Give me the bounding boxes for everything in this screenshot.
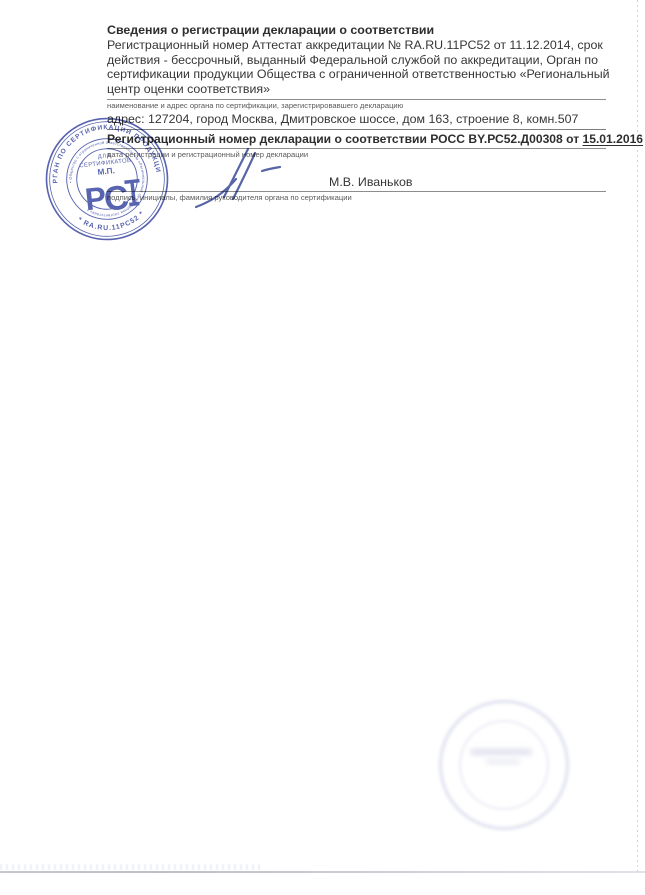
bleed-through-stamp (439, 700, 569, 830)
page-edge-right (637, 0, 638, 872)
signature-row: М.В. Иваньков (107, 161, 606, 192)
registration-number-label: Регистрационный номер декларации о соотв… (107, 132, 583, 146)
signature-field-caption: подпись, инициалы, фамилия руководителя … (107, 193, 606, 202)
certification-stamp-icon: ОРГАН ПО СЕРТИФИКАЦИИ ПРОДУКЦИИ * RA.RU.… (38, 110, 176, 248)
paragraph-line: действия - бессрочный, выданный Федераль… (107, 53, 606, 68)
paragraph-line: сертификации продукции Общества с ограни… (107, 67, 606, 82)
document-text-block: Сведения о регистрации декларации о соот… (107, 23, 606, 204)
paragraph-line: центр оценки соответствия» (107, 82, 606, 97)
org-field-caption: наименование и адрес органа по сертифика… (107, 101, 606, 110)
address-line: адрес: 127204, город Москва, Дмитровское… (107, 112, 606, 130)
stamp-for-label: ДЛЯ (98, 153, 112, 160)
handwritten-signature (190, 141, 310, 211)
stamp-smudge (470, 749, 532, 755)
stamp-smudge (486, 760, 520, 764)
signatory-name: М.В. Иваньков (329, 175, 413, 189)
registration-number-line: Регистрационный номер декларации о соотв… (107, 130, 606, 149)
rst-logo-icon: Р С (83, 176, 143, 221)
stamp-mp-label: М.П. (97, 166, 115, 177)
registration-date: 15.01.2016 (583, 132, 644, 146)
scanned-document-page: Сведения о регистрации декларации о соот… (0, 0, 645, 895)
document-title: Сведения о регистрации декларации о соот… (107, 23, 606, 38)
svg-text:С: С (102, 178, 130, 218)
paragraph-line: Регистрационный номер Аттестат аккредита… (107, 38, 606, 53)
page-edge-bottom (0, 871, 645, 873)
accreditation-paragraph: Регистрационный номер Аттестат аккредита… (107, 38, 606, 100)
page-edge-noise (0, 864, 260, 870)
registration-field-caption: дата регистрации и регистрационный номер… (107, 150, 606, 159)
